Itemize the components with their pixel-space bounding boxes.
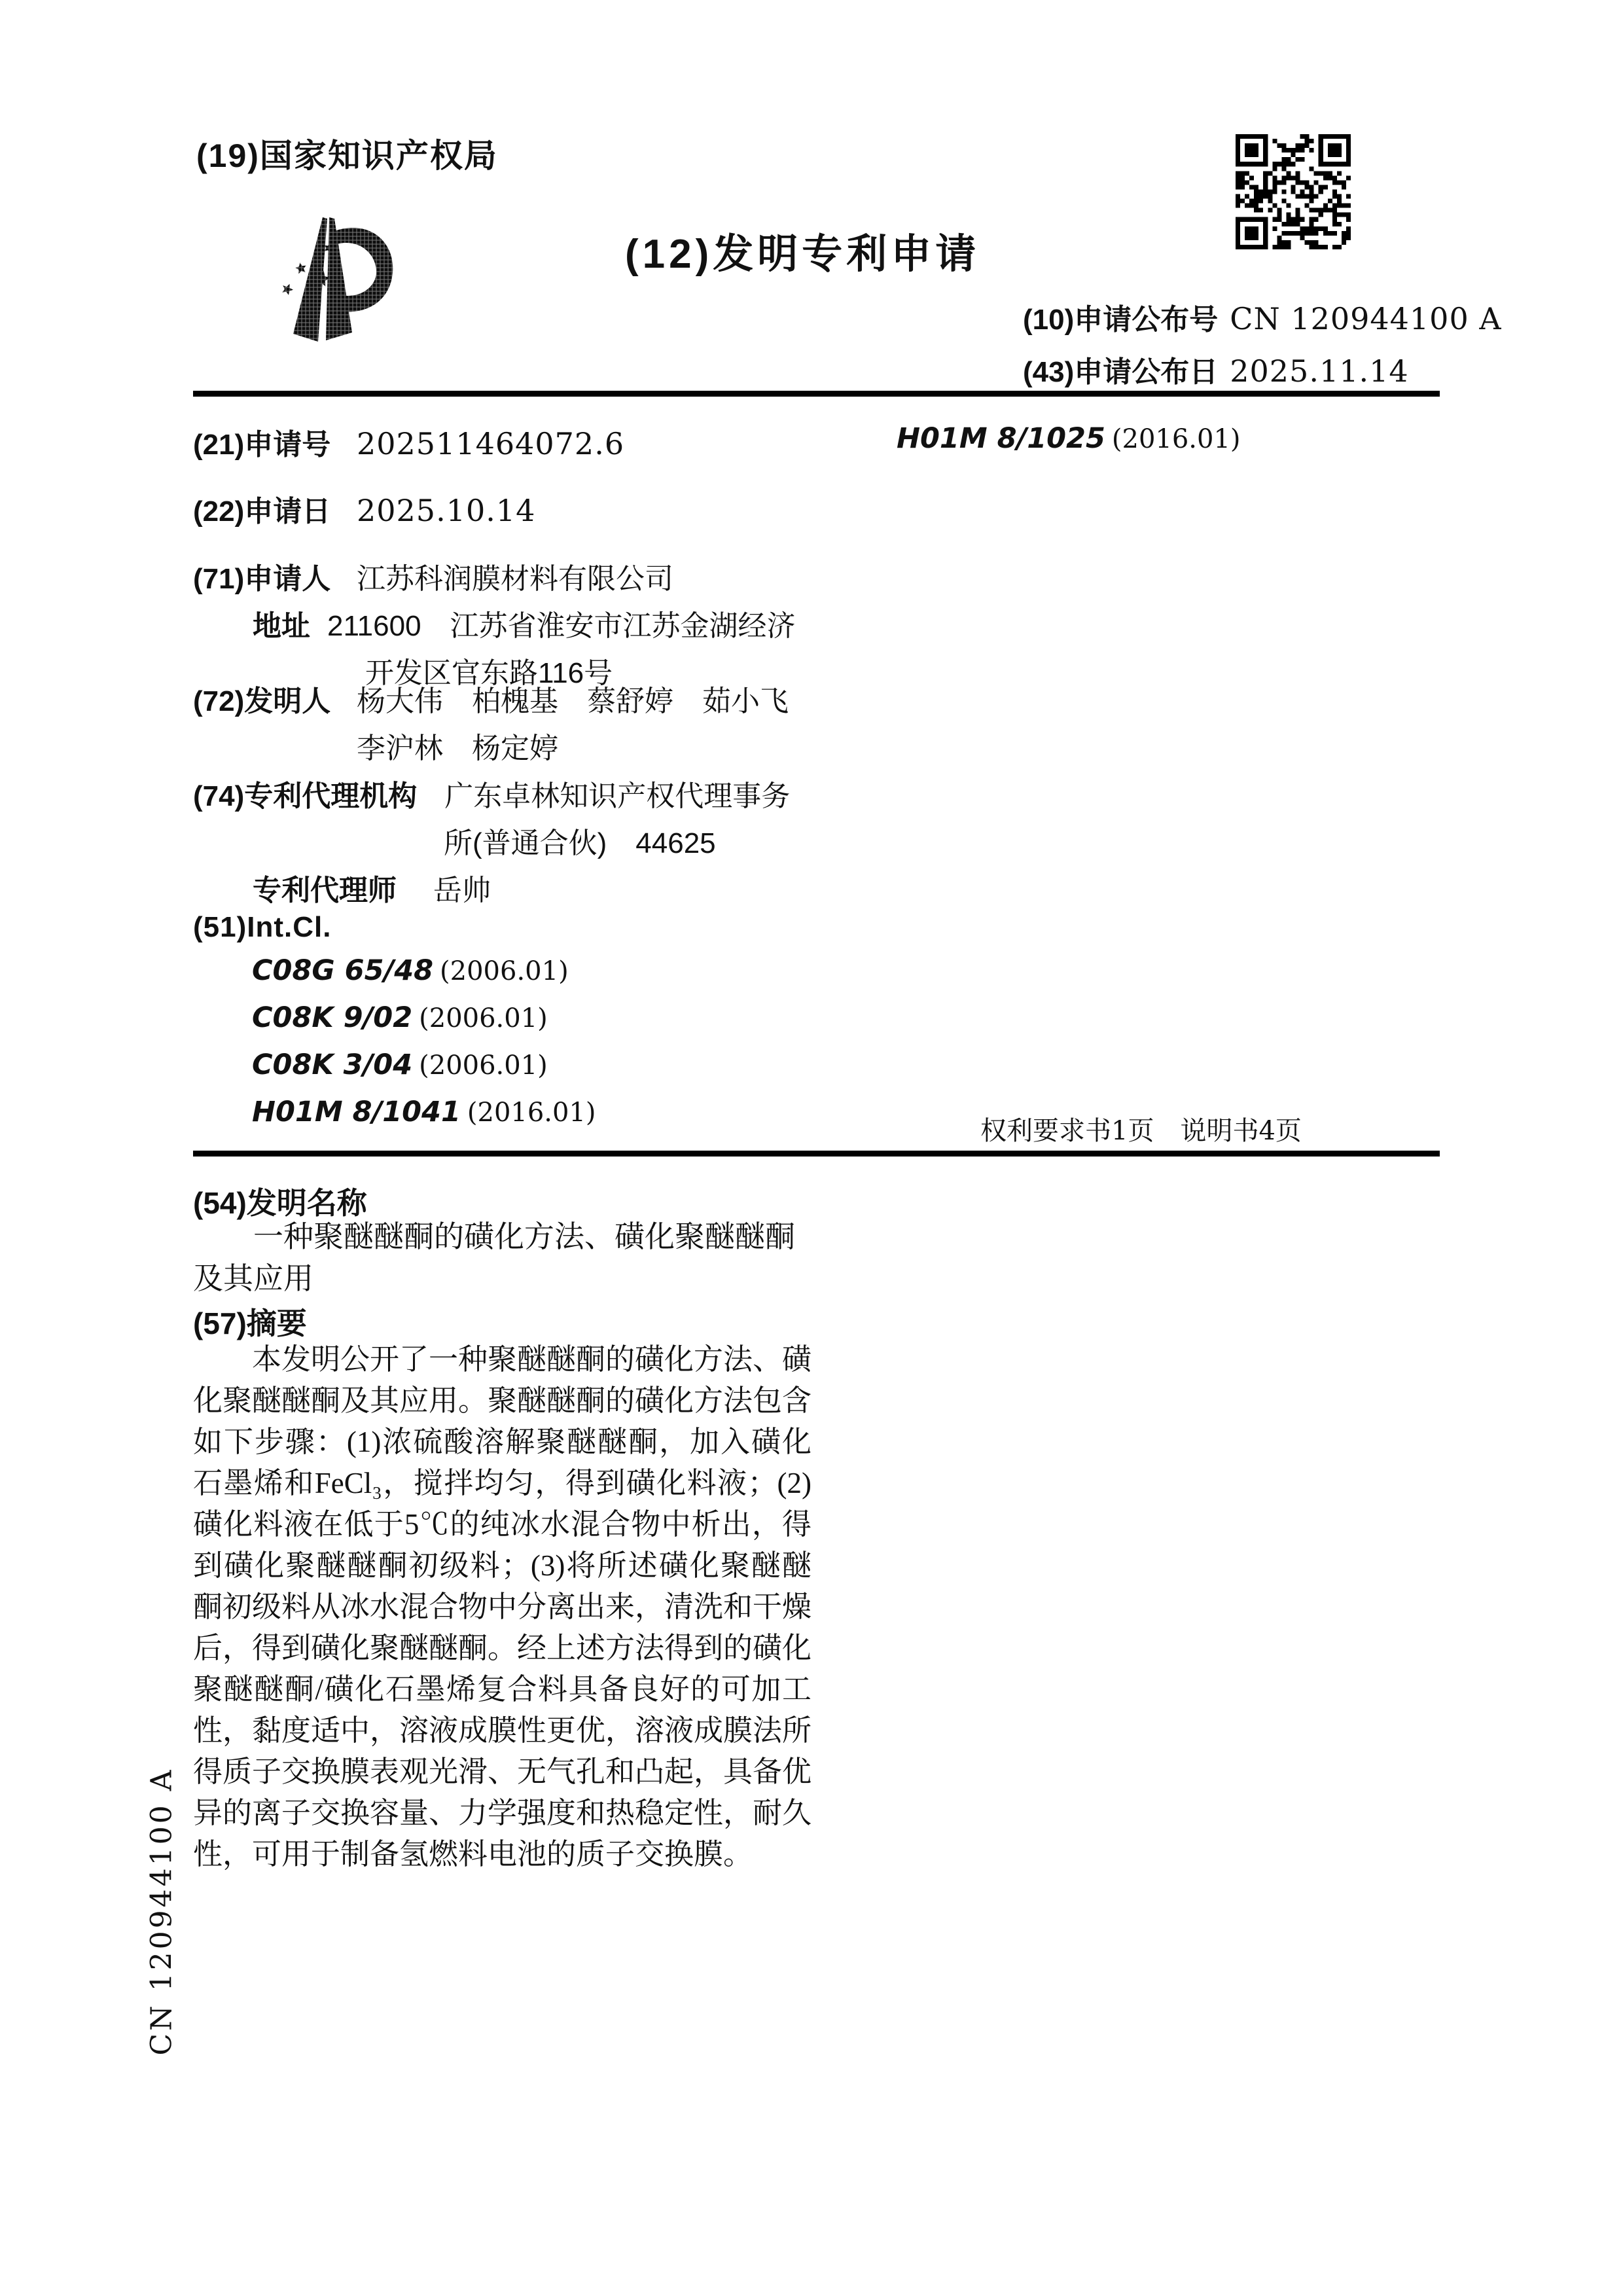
cnipa-logo-icon bbox=[260, 211, 418, 358]
agency-value-1: 广东卓林知识产权代理事务 bbox=[444, 780, 790, 812]
classification-code: C08K 9/02 bbox=[252, 1001, 412, 1034]
agent-value: 岳帅 bbox=[433, 874, 491, 906]
intcl-label: (51)Int.Cl. bbox=[193, 911, 331, 944]
classification-code: H01M 8/1041 bbox=[252, 1096, 461, 1128]
applicant-value: 江苏科润膜材料有限公司 bbox=[357, 563, 673, 595]
applicant-label: (71)申请人 bbox=[193, 555, 357, 597]
agency-label: (74)专利代理机构 bbox=[193, 780, 417, 812]
primary-class-version: (2016.01) bbox=[1112, 424, 1241, 454]
office-name: (19)国家知识产权局 bbox=[196, 130, 498, 177]
primary-class-code: H01M 8/1025 bbox=[897, 422, 1105, 455]
app-number-label: (21)申请号 bbox=[193, 421, 357, 463]
classification-version: (2006.01) bbox=[440, 956, 569, 986]
app-date-label: (22)申请日 bbox=[193, 488, 357, 529]
pub-number-value: CN 120944100 A bbox=[1230, 301, 1501, 336]
doc-type-title: (12)发明专利申请 bbox=[625, 221, 980, 279]
address-line-1: 地址211600 江苏省淮安市江苏金湖经济 bbox=[253, 602, 796, 644]
classification-version: (2016.01) bbox=[467, 1098, 596, 1128]
primary-class-line: H01M 8/1025(2016.01) bbox=[897, 422, 1241, 455]
classification-code: C08K 3/04 bbox=[252, 1049, 412, 1081]
inventors-label: (72)发明人 bbox=[193, 677, 357, 719]
abstract-text: 本发明公开了一种聚醚醚酮的磺化方法、磺化聚醚醚酮及其应用。聚醚醚酮的磺化方法包含… bbox=[193, 1339, 811, 1875]
classification-row: C08K 9/02(2006.01) bbox=[252, 1001, 548, 1034]
classification-row: H01M 8/1041(2016.01) bbox=[252, 1096, 596, 1128]
address-value-1: 211600 江苏省淮安市江苏金湖经济 bbox=[327, 610, 796, 642]
agent-line: 专利代理师岳帅 bbox=[253, 867, 491, 908]
agency-line-2: 所(普通合伙) 44625 bbox=[444, 819, 716, 861]
inventors-line-2: 李沪林 杨定婷 bbox=[357, 725, 558, 766]
classification-row: C08G 65/48(2006.01) bbox=[252, 954, 569, 987]
pub-number-label: (10)申请公布号 bbox=[1023, 304, 1218, 336]
agency-line-1: (74)专利代理机构广东卓林知识产权代理事务 bbox=[193, 772, 790, 814]
pub-date-label: (43)申请公布日 bbox=[1023, 356, 1218, 388]
qr-code-icon bbox=[1236, 134, 1351, 249]
app-number-value: 202511464072.6 bbox=[357, 426, 624, 461]
pub-date-value: 2025.11.14 bbox=[1230, 353, 1408, 389]
middle-divider bbox=[193, 1151, 1440, 1157]
app-date-line: (22)申请日2025.10.14 bbox=[193, 488, 535, 529]
pub-number-line: (10)申请公布号CN 120944100 A bbox=[1023, 296, 1502, 338]
applicant-line: (71)申请人江苏科润膜材料有限公司 bbox=[193, 555, 673, 597]
invention-title: 一种聚醚醚酮的磺化方法、磺化聚醚醚酮及其应用 bbox=[193, 1216, 815, 1300]
vertical-pub-number: CN 120944100 A bbox=[145, 1774, 179, 2056]
pub-date-line: (43)申请公布日2025.11.14 bbox=[1023, 348, 1409, 390]
classification-row: C08K 3/04(2006.01) bbox=[252, 1049, 548, 1081]
inventors-line-1: (72)发明人杨大伟 柏槐基 蔡舒婷 茹小飞 bbox=[193, 677, 789, 719]
patent-front-page: (19)国家知识产权局 (12)发明专利申请 (10)申请公布号CN 12094… bbox=[0, 0, 1623, 2296]
classification-version: (2006.01) bbox=[419, 1003, 548, 1033]
abstract-label: (57)摘要 bbox=[193, 1300, 307, 1343]
app-number-line: (21)申请号202511464072.6 bbox=[193, 421, 624, 463]
pages-info: 权利要求书1页 说明书4页 bbox=[980, 1110, 1302, 1147]
top-divider bbox=[193, 391, 1440, 397]
agent-label: 专利代理师 bbox=[253, 874, 397, 906]
classification-code: C08G 65/48 bbox=[252, 954, 433, 987]
classification-version: (2006.01) bbox=[419, 1050, 548, 1081]
address-label: 地址 bbox=[253, 610, 310, 642]
inventors-value-1: 杨大伟 柏槐基 蔡舒婷 茹小飞 bbox=[357, 685, 789, 717]
app-date-value: 2025.10.14 bbox=[357, 493, 535, 528]
